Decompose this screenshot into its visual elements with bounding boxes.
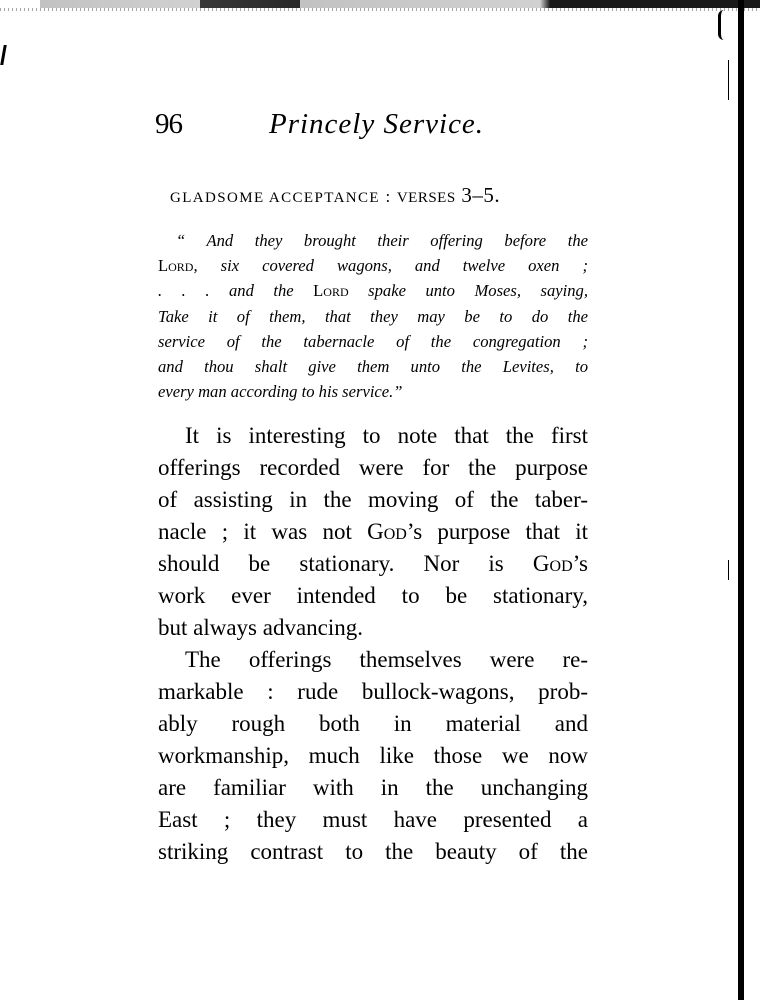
text-line: East ; they must have presented a <box>158 804 588 836</box>
lord-word: Lord <box>313 281 348 300</box>
scan-right-tick <box>728 560 729 580</box>
quote-line: every man according to his service.” <box>158 379 588 404</box>
text-line: nacle ; it was not God’s purpose that it <box>158 516 588 548</box>
text-line: markable : rude bullock-wagons, prob- <box>158 676 588 708</box>
text-line: work ever intended to be stationary, <box>158 580 588 612</box>
quote-line: and thou shalt give them unto the Levite… <box>158 354 588 379</box>
scan-right-edge <box>738 0 744 1000</box>
text-line: offerings recorded were for the purpose <box>158 452 588 484</box>
scripture-quote: “ And they brought their offering before… <box>158 228 588 404</box>
text-line: It is interesting to note that the first <box>158 420 588 452</box>
section-heading-separator: : <box>380 187 397 206</box>
running-head: 96 Princely Service. <box>155 108 595 148</box>
section-heading: Gladsome Acceptance : verses 3–5. <box>170 183 500 208</box>
scan-left-mark <box>0 45 7 65</box>
text-line: The offerings themselves were re- <box>158 644 588 676</box>
quote-line: Take it of them, that they may be to do … <box>158 304 588 329</box>
quote-line: service of the tabernacle of the congreg… <box>158 329 588 354</box>
scan-right-curl <box>718 10 725 40</box>
quote-line: . . . and the Lord spake unto Moses, say… <box>158 278 588 303</box>
paragraph-2: The offerings themselves were re- markab… <box>158 644 588 868</box>
text-line: of assisting in the moving of the taber- <box>158 484 588 516</box>
god-word: God <box>533 551 573 576</box>
god-word: God <box>367 519 407 544</box>
section-verses: verses 3–5. <box>397 183 500 207</box>
scan-top-edge <box>0 0 760 8</box>
section-heading-title: Gladsome Acceptance <box>170 190 380 206</box>
text-line: but always advancing. <box>158 612 588 644</box>
page-number: 96 <box>155 108 182 141</box>
text-line: should be stationary. Nor is God’s <box>158 548 588 580</box>
lord-word: Lord <box>158 256 193 275</box>
scan-right-tick <box>728 60 729 100</box>
text-line: are familiar with in the unchanging <box>158 772 588 804</box>
paragraph-1: It is interesting to note that the first… <box>158 420 588 644</box>
quote-line: Lord, six covered wagons, and twelve oxe… <box>158 253 588 278</box>
quote-line: “ And they brought their offering before… <box>158 228 588 253</box>
scan-top-noise <box>0 8 760 11</box>
text-line: striking contrast to the beauty of the <box>158 836 588 868</box>
text-line: workmanship, much like those we now <box>158 740 588 772</box>
text-line: ably rough both in material and <box>158 708 588 740</box>
running-title: Princely Service. <box>269 108 484 141</box>
